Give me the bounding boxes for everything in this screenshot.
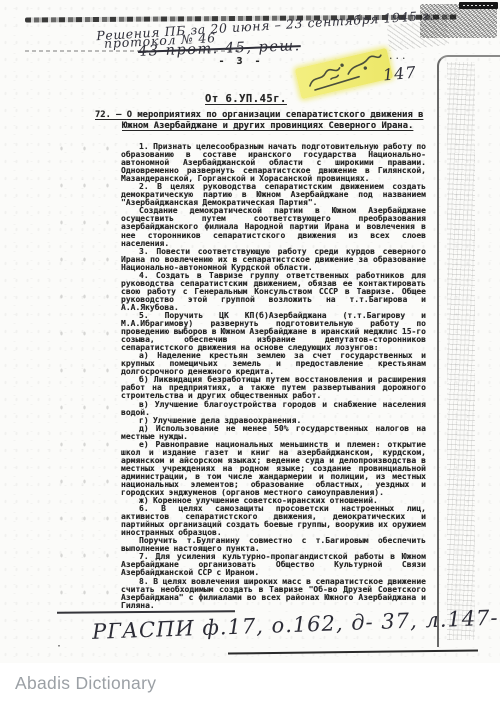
body-paragraph: 7. Для усиления культурно-пропагандистск… [121, 553, 426, 577]
body-paragraph: 3. Повести соответствующую работу среди … [121, 248, 426, 272]
body-paragraph: б) Ликвидация безработицы путем восстано… [121, 376, 426, 400]
body-paragraph: Создание демократической партии в Южном … [121, 207, 426, 247]
scan-edge-noise [447, 62, 475, 640]
screenshot-page: Решения ПБ за 20 июня – 23 сентября 1945… [0, 0, 500, 705]
scan-margin-specks [50, 130, 110, 610]
site-brand-label: Abadis Dictionary [15, 673, 156, 694]
document-title: 72. – О мероприятиях по организации сепа… [95, 110, 429, 132]
body-paragraph: 2. В целях руководства сепаратистским дв… [121, 183, 426, 207]
body-paragraph: 1. Признать целесообразным начать подгот… [121, 143, 426, 183]
scan-dot-mark: · [56, 641, 62, 652]
handwritten-leaf-number: 147 [382, 63, 417, 85]
body-paragraph: д) Использование не менее 50% государств… [121, 425, 426, 441]
body-paragraph: 4. Создать в Тавризе группу ответственны… [121, 272, 426, 312]
scanned-document: Решения ПБ за 20 июня – 23 сентября 1945… [0, 0, 500, 663]
watermark-badge [459, 2, 498, 9]
body-paragraph: а) Наделение крестьян землею за счет гос… [121, 352, 426, 376]
body-paragraph: 6. В целях самозащиты просоветски настро… [121, 505, 426, 537]
persian-handwriting-squiggle [298, 50, 390, 96]
document-title-text: О мероприятиях по организации сепаратист… [122, 110, 423, 131]
body-paragraph: Поручить т.Булганину совместно с т.Багир… [121, 537, 426, 553]
site-footer: Abadis Dictionary [0, 663, 500, 705]
body-paragraph: 8. В целях вовлечения широких масс в сеп… [121, 578, 426, 610]
typed-page-number: - 3 - [206, 56, 276, 67]
document-item-number: 72. – [95, 110, 121, 120]
document-date-heading: От 6.УП.45г. [205, 93, 287, 105]
bottom-rule [228, 649, 478, 654]
body-paragraph: в) Улучшение благоустройства городов и с… [121, 401, 426, 417]
body-paragraph: 5. Поручить ЦК КП(б)Азербайджана (т.т.Ба… [121, 312, 426, 352]
body-paragraphs: 1. Признать целесообразным начать подгот… [121, 143, 426, 610]
underline-rule-left [57, 610, 235, 613]
yellow-highlight-note [295, 48, 394, 99]
body-paragraph: е) Равноправие национальных меньшинств и… [121, 441, 426, 497]
